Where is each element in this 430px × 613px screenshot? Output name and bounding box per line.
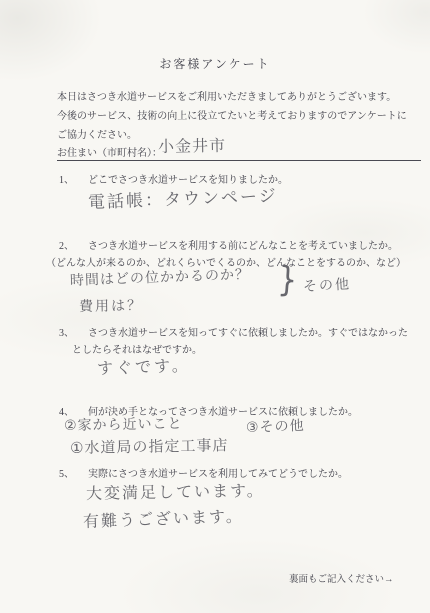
question-3-text-line1: さつき水道サービスを知ってすぐに依頼しましたか。すぐではなかった xyxy=(88,328,408,339)
residence-label: お住まい（市町村名）： xyxy=(57,148,162,159)
question-5-handwritten-answer-line2: 有難うございます。 xyxy=(83,503,244,532)
intro-line-1: 本日はさつき水道サービスをご利用いただきましてありがとうございます。 xyxy=(57,88,423,107)
question-2: 2、さつき水道サービスを利用する前にどんなことを考えていましたか。 xyxy=(59,237,398,252)
residence-row: お住まい（市町村名）： xyxy=(57,144,421,161)
question-2-number: 2、 xyxy=(59,237,88,252)
question-1-number: 1、 xyxy=(59,171,88,186)
page-title: お客様アンケート xyxy=(0,55,430,72)
question-4-handwritten-answer-a: ②家から近いこと xyxy=(64,413,183,435)
question-5-handwritten-answer-line1: 大変満足しています。 xyxy=(86,478,265,504)
question-4-handwritten-answer-b: ③その他 xyxy=(246,415,305,437)
question-2-handwritten-answer-side: その他 xyxy=(302,274,351,296)
question-1-handwritten-answer: 電話帳：タウンページ xyxy=(88,181,278,213)
question-3-handwritten-answer: すぐです。 xyxy=(97,353,191,379)
question-2-text: さつき水道サービスを利用する前にどんなことを考えていましたか。 xyxy=(88,241,398,252)
intro-paragraph: 本日はさつき水道サービスをご利用いただきましてありがとうございます。 今後のサー… xyxy=(57,88,423,145)
question-5-number: 5、 xyxy=(59,465,88,480)
question-5: 5、実際にさつき水道サービスを利用してみてどうでしたか。 xyxy=(59,465,348,480)
question-3-number: 3、 xyxy=(59,324,88,339)
question-2-handwritten-answer-line2: 費用は？ xyxy=(79,295,143,316)
intro-line-2: 今後のサービス、技術の向上に役立てたいと考えておりますのでアンケートに xyxy=(57,107,423,126)
question-2-handwritten-brace: } xyxy=(277,259,299,300)
survey-sheet: お客様アンケート 本日はさつき水道サービスをご利用いただきましてありがとうござい… xyxy=(0,0,430,613)
intro-line-3: ご協力ください。 xyxy=(57,126,423,145)
backside-note: 裏面もご記入ください→ xyxy=(289,571,394,585)
question-3: 3、さつき水道サービスを知ってすぐに依頼しましたか。すぐではなかった xyxy=(59,324,408,339)
question-4-handwritten-answer-c: ①水道局の指定工事店 xyxy=(70,434,229,458)
residence-value-handwritten: 小金井市 xyxy=(158,133,226,157)
